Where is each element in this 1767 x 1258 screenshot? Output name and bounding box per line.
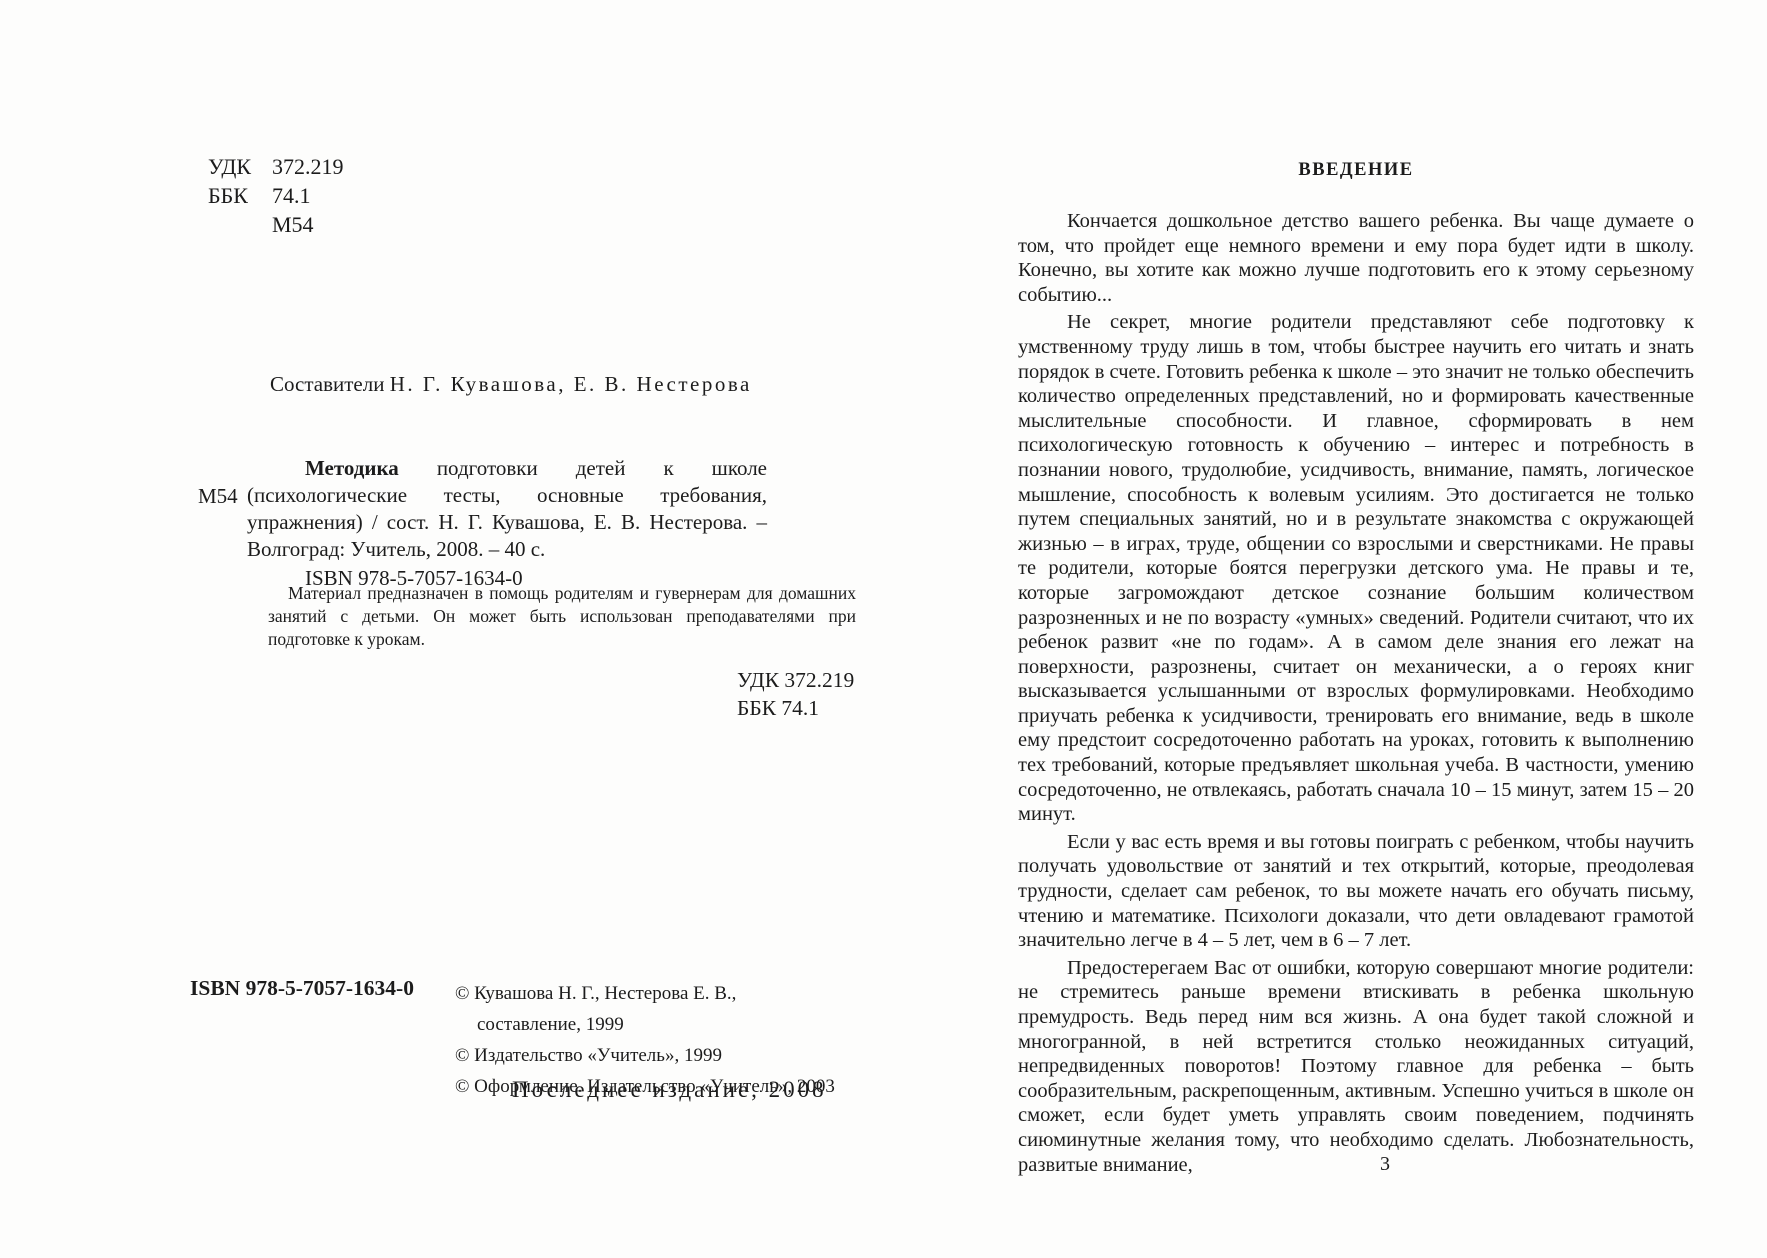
compilers-names: Н. Г. Кувашова, Е. В. Нестерова (390, 372, 752, 396)
compilers-line: Составители Н. Г. Кувашова, Е. В. Нестер… (270, 372, 752, 397)
udc-label: УДК (208, 152, 272, 181)
bbk-line: ББК 74.1 (208, 181, 344, 210)
intro-paragraph-3: Если у вас есть время и вы готовы поигра… (1018, 830, 1694, 953)
udc-footer-line1: УДК 372.219 (737, 666, 854, 694)
intro-paragraph-2: Не секрет, многие родители представляют … (1018, 310, 1694, 826)
udc-line: УДК 372.219 (208, 152, 344, 181)
page-number: 3 (1380, 1153, 1390, 1176)
author-sign-code-margin: М54 (198, 483, 238, 510)
udc-footer-line2: ББК 74.1 (737, 694, 854, 722)
udc-footer-block: УДК 372.219 ББК 74.1 (737, 666, 854, 722)
copyright-line-authors: © Кувашова Н. Г., Нестерова Е. В., (455, 978, 835, 1009)
intro-paragraph-1: Кончается дошкольное детство вашего ребе… (1018, 209, 1694, 307)
book-spread: { "left_page": { "udc_top": { "udc_label… (0, 0, 1767, 1258)
intro-paragraph-4: Предостерегаем Вас от ошибки, которую со… (1018, 956, 1694, 1177)
author-sign-line: М54 (208, 210, 344, 239)
bibliographic-record: М54 Методика подготовки детей к школе (п… (247, 455, 767, 592)
bib-title: Методика (305, 456, 399, 480)
isbn-bottom: ISBN 978-5-7057-1634-0 (190, 976, 414, 1001)
author-sign-code: М54 (272, 210, 314, 239)
udc-classification-block: УДК 372.219 ББК 74.1 М54 (208, 152, 344, 239)
last-edition-line: Последнее издание, 2008 (512, 1077, 827, 1103)
compilers-prefix: Составители (270, 372, 390, 396)
copyright-line-compilation: составление, 1999 (455, 1009, 835, 1040)
annotation-text: Материал предназначен в помощь родителям… (268, 582, 856, 651)
udc-value: 372.219 (272, 152, 344, 181)
bbk-label: ББК (208, 181, 272, 210)
bbk-value: 74.1 (272, 181, 311, 210)
bibliographic-description: Методика подготовки детей к школе (психо… (247, 455, 767, 563)
chapter-title: ВВЕДЕНИЕ (1018, 160, 1694, 181)
copyright-line-publisher: © Издательство «Учитель», 1999 (455, 1040, 835, 1071)
author-sign-spacer (208, 210, 272, 239)
chapter-body: Кончается дошкольное детство вашего ребе… (1018, 209, 1694, 1180)
